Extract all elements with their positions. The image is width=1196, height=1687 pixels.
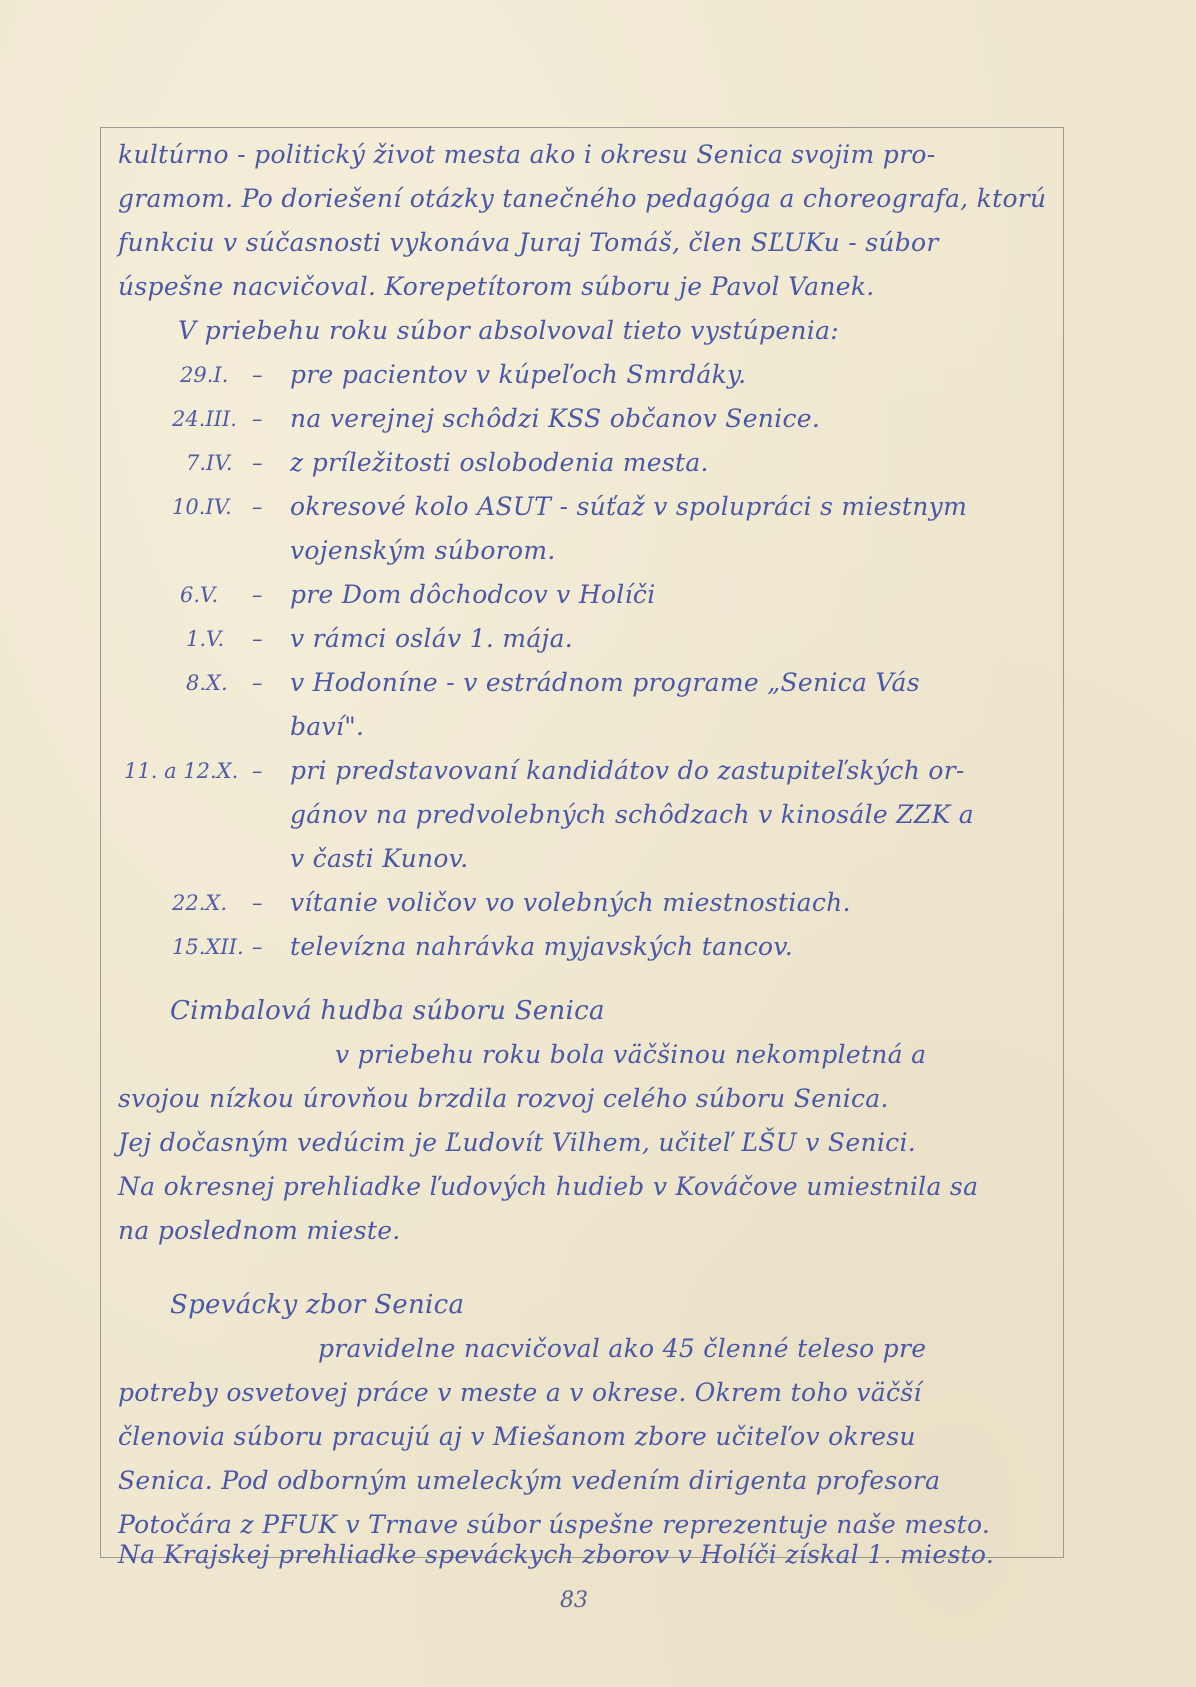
intro-line: kultúrno - politický život mesta ako i o… (118, 140, 935, 170)
section-line: Potočára z PFUK v Trnave súbor úspešne r… (118, 1510, 990, 1540)
performances-intro: V priebehu roku súbor absolvoval tieto v… (178, 316, 839, 346)
performance-text: okresové kolo ASUT - súťaž v spolupráci … (290, 492, 967, 522)
section-line: potreby osvetovej práce v meste a v okre… (118, 1378, 922, 1408)
dash: – (252, 404, 263, 434)
section-line: členovia súboru pracujú aj v Miešanom zb… (118, 1422, 916, 1452)
performance-date: 29.I. (180, 360, 228, 390)
performance-date: 8.X. (186, 668, 228, 698)
performance-text: vojenským súborom. (290, 536, 556, 566)
section-heading: Cimbalová hudba súboru Senica (170, 996, 605, 1026)
dash: – (252, 492, 263, 522)
dash: – (252, 668, 263, 698)
performance-date: 6.V. (180, 580, 218, 610)
performance-text: v rámci osláv 1. mája. (290, 624, 573, 654)
dash: – (252, 756, 263, 786)
section-line: v priebehu roku bola väčšinou nekompletn… (335, 1040, 926, 1070)
performance-date: 1.V. (186, 624, 224, 654)
performance-text: vítanie voličov vo volebných miestnostia… (290, 888, 851, 918)
performance-text: baví". (290, 712, 364, 742)
dash: – (252, 580, 263, 610)
performance-text: v Hodoníne - v estrádnom programe „Senic… (290, 668, 920, 698)
performance-text: na verejnej schôdzi KSS občanov Senice. (290, 404, 820, 434)
performance-date: 10.IV. (172, 492, 232, 522)
page-number: 83 (560, 1588, 588, 1613)
performance-date: 15.XII. (172, 932, 244, 962)
intro-line: funkciu v súčasnosti vykonáva Juraj Tomá… (118, 228, 939, 258)
performance-text: pre pacientov v kúpeľoch Smrdáky. (290, 360, 746, 390)
performance-text: pre Dom dôchodcov v Holíči (290, 580, 656, 610)
dash: – (252, 932, 263, 962)
intro-line: úspešne nacvičoval. Korepetítorom súboru… (118, 272, 875, 302)
dash: – (252, 888, 263, 918)
intro-line: gramom. Po doriešení otázky tanečného pe… (118, 184, 1046, 214)
section-line: Na okresnej prehliadke ľudových hudieb v… (118, 1172, 978, 1202)
performance-date: 7.IV. (186, 448, 233, 478)
performance-text: v časti Kunov. (290, 844, 468, 874)
section-line: Jej dočasným vedúcim je Ľudovít Vilhem, … (118, 1128, 916, 1158)
section-heading: Spevácky zbor Senica (170, 1290, 464, 1320)
performance-date: 11. a 12.X. (124, 756, 238, 786)
dash: – (252, 448, 263, 478)
dash: – (252, 624, 263, 654)
performance-date: 24.III. (172, 404, 237, 434)
performance-text: pri predstavovaní kandidátov do zastupit… (290, 756, 965, 786)
performance-date: 22.X. (172, 888, 227, 918)
section-line: na poslednom mieste. (118, 1216, 401, 1246)
performance-text: gánov na predvolebných schôdzach v kinos… (290, 800, 974, 830)
performance-text: televízna nahrávka myjavských tancov. (290, 932, 793, 962)
section-line: pravidelne nacvičoval ako 45 členné tele… (318, 1334, 926, 1364)
dash: – (252, 360, 263, 390)
section-line: Na Krajskej prehliadke speváckych zborov… (118, 1540, 994, 1570)
performance-text: z príležitosti oslobodenia mesta. (290, 448, 709, 478)
section-line: svojou nízkou úrovňou brzdila rozvoj cel… (118, 1084, 889, 1114)
section-line: Senica. Pod odborným umeleckým vedením d… (118, 1466, 940, 1496)
